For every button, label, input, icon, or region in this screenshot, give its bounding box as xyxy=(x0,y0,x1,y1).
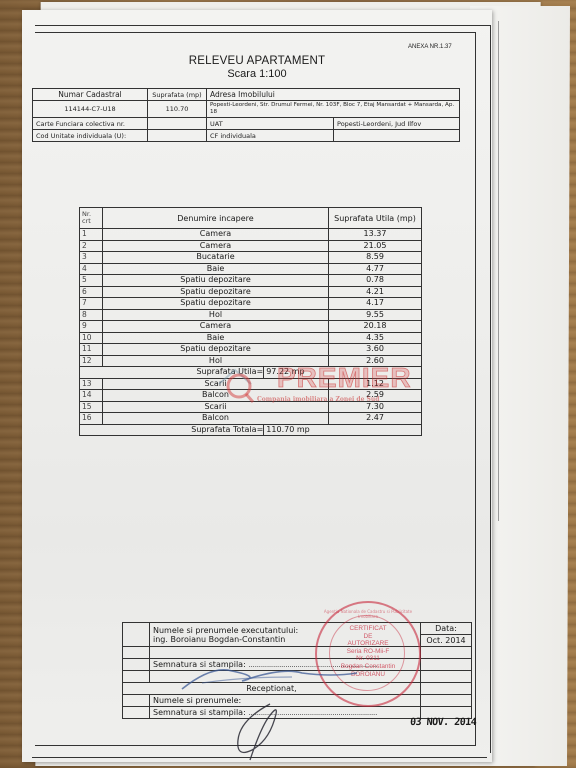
uat-label: UAT xyxy=(207,118,334,130)
surface-header: Suprafata (mp) xyxy=(148,89,207,101)
document-scale: Scara 1:100 xyxy=(22,68,492,80)
address-value: Popesti-Leordeni, Str. Drumul Fermei, Nr… xyxy=(207,101,460,118)
uat-value: Popesti-Leordeni, Jud Ilfov xyxy=(334,118,460,130)
room-surface: 4.77 xyxy=(329,263,422,275)
total-surface-value: 110.70 mp xyxy=(263,425,309,436)
room-surface: 8.59 xyxy=(329,252,422,264)
signature-table: Numele si prenumele executantului: ing. … xyxy=(122,622,472,719)
room-surface: 2.47 xyxy=(329,413,422,425)
room-row: 3Bucatarie8.59 xyxy=(80,252,422,264)
surface-header: Suprafata Utila (mp) xyxy=(329,208,422,229)
carte-funciara-value xyxy=(148,118,207,130)
executor-name: ing. Boroianu Bogdan-Constantin xyxy=(153,635,417,644)
room-surface: 2.59 xyxy=(329,390,422,402)
document-title-block: RELEVEU APARTAMENT Scara 1:100 xyxy=(22,55,492,80)
room-name: Spatiu depozitare xyxy=(103,344,329,356)
room-surface: 0.78 xyxy=(329,275,422,287)
room-name: Hol xyxy=(103,309,329,321)
surface-value: 110.70 xyxy=(148,101,207,118)
room-row: 16Balcon2.47 xyxy=(80,413,422,425)
room-nr: 11 xyxy=(80,344,103,356)
room-row: 2Camera21.05 xyxy=(80,240,422,252)
room-nr: 16 xyxy=(80,413,103,425)
total-surface-label: Suprafata Totala= xyxy=(191,425,263,434)
bottom-frame-line xyxy=(32,757,487,758)
room-nr: 12 xyxy=(80,355,103,367)
room-nr: 1 xyxy=(80,229,103,241)
signature-label: Semnatura si stampila: xyxy=(153,660,246,669)
room-surface: 2.60 xyxy=(329,355,422,367)
room-nr: 4 xyxy=(80,263,103,275)
room-row: 13Scarii1.12 xyxy=(80,378,422,390)
room-nr: 7 xyxy=(80,298,103,310)
document-page: ANEXA NR.1.37 RELEVEU APARTAMENT Scara 1… xyxy=(22,10,492,762)
room-nr: 14 xyxy=(80,390,103,402)
executor-cell: Numele si prenumele executantului: ing. … xyxy=(150,623,421,647)
usable-surface-total: Suprafata Utila=97.22 mp xyxy=(80,367,422,379)
nr-header: Nr. crt xyxy=(80,208,103,229)
room-name: Camera xyxy=(103,321,329,333)
room-row: 4Baie4.77 xyxy=(80,263,422,275)
executor-label: Numele si prenumele executantului: xyxy=(153,626,417,635)
cod-unitate-label: Cod Unitate individuala (U): xyxy=(33,130,148,142)
total-surface: Suprafata Totala=110.70 mp xyxy=(80,424,422,436)
room-nr: 15 xyxy=(80,401,103,413)
room-name: Bucatarie xyxy=(103,252,329,264)
room-name: Hol xyxy=(103,355,329,367)
room-surface: 4.35 xyxy=(329,332,422,344)
room-surface: 13.37 xyxy=(329,229,422,241)
room-surface: 4.21 xyxy=(329,286,422,298)
room-row: 9Camera20.18 xyxy=(80,321,422,333)
room-nr: 13 xyxy=(80,378,103,390)
room-nr: 6 xyxy=(80,286,103,298)
room-name: Spatiu depozitare xyxy=(103,286,329,298)
room-row: 15Scarii7.30 xyxy=(80,401,422,413)
cf-value xyxy=(334,130,460,142)
room-row: 8Hol9.55 xyxy=(80,309,422,321)
room-name: Spatiu depozitare xyxy=(103,275,329,287)
usable-surface-total-value: 97.22 mp xyxy=(263,367,304,378)
rooms-table-body: 1Camera13.372Camera21.053Bucatarie8.594B… xyxy=(80,229,422,436)
cadastral-header: Numar Cadastral xyxy=(33,89,148,101)
room-name: Spatiu depozitare xyxy=(103,298,329,310)
room-name: Baie xyxy=(103,263,329,275)
rooms-table: Nr. crt Denumire incapere Suprafata Util… xyxy=(79,207,422,436)
executor-signature-line: Semnatura si stampila: .................… xyxy=(150,659,421,671)
room-row: 7Spatiu depozitare4.17 xyxy=(80,298,422,310)
room-row: 11Spatiu depozitare3.60 xyxy=(80,344,422,356)
room-nr: 3 xyxy=(80,252,103,264)
room-row: 10Baie4.35 xyxy=(80,332,422,344)
receiver-signature-label: Semnatura si stampila: xyxy=(153,708,246,717)
property-info-table: Numar Cadastral Suprafata (mp) Adresa Im… xyxy=(32,88,460,142)
cadastral-number: 114144-C7-U18 xyxy=(33,101,148,118)
room-nr: 5 xyxy=(80,275,103,287)
room-name: Scarii xyxy=(103,378,329,390)
usable-surface-total-label: Suprafata Utila= xyxy=(196,367,263,376)
cf-label: CF individuala xyxy=(207,130,334,142)
room-surface: 4.17 xyxy=(329,298,422,310)
room-surface: 21.05 xyxy=(329,240,422,252)
room-row: 12Hol2.60 xyxy=(80,355,422,367)
date-value: Oct. 2014 xyxy=(421,635,472,647)
receiver-name-label: Numele si prenumele: xyxy=(150,695,421,707)
room-nr: 10 xyxy=(80,332,103,344)
room-surface: 3.60 xyxy=(329,344,422,356)
date-label: Data: xyxy=(421,623,472,635)
room-name: Camera xyxy=(103,229,329,241)
document-title: RELEVEU APARTAMENT xyxy=(22,55,492,67)
room-surface: 20.18 xyxy=(329,321,422,333)
room-row: 1Camera13.37 xyxy=(80,229,422,241)
room-name: Scarii xyxy=(103,401,329,413)
receiver-signature-line: Semnatura si stampila: .................… xyxy=(150,707,421,719)
room-surface: 7.30 xyxy=(329,401,422,413)
room-surface: 9.55 xyxy=(329,309,422,321)
received-label: Receptionat, xyxy=(123,683,421,695)
room-name: Balcon xyxy=(103,390,329,402)
room-name: Baie xyxy=(103,332,329,344)
room-name-header: Denumire incapere xyxy=(103,208,329,229)
room-nr: 8 xyxy=(80,309,103,321)
room-nr: 9 xyxy=(80,321,103,333)
address-header: Adresa Imobilului xyxy=(207,89,460,101)
received-date-stamp: 03 NOV. 2014 xyxy=(410,717,477,728)
carte-funciara-label: Carte Funciara colectiva nr. xyxy=(33,118,148,130)
room-nr: 2 xyxy=(80,240,103,252)
cod-unitate-value xyxy=(148,130,207,142)
room-row: 14Balcon2.59 xyxy=(80,390,422,402)
room-surface: 1.12 xyxy=(329,378,422,390)
annex-number: ANEXA NR.1.37 xyxy=(408,44,452,50)
room-row: 5Spatiu depozitare0.78 xyxy=(80,275,422,287)
room-name: Balcon xyxy=(103,413,329,425)
room-row: 6Spatiu depozitare4.21 xyxy=(80,286,422,298)
room-name: Camera xyxy=(103,240,329,252)
